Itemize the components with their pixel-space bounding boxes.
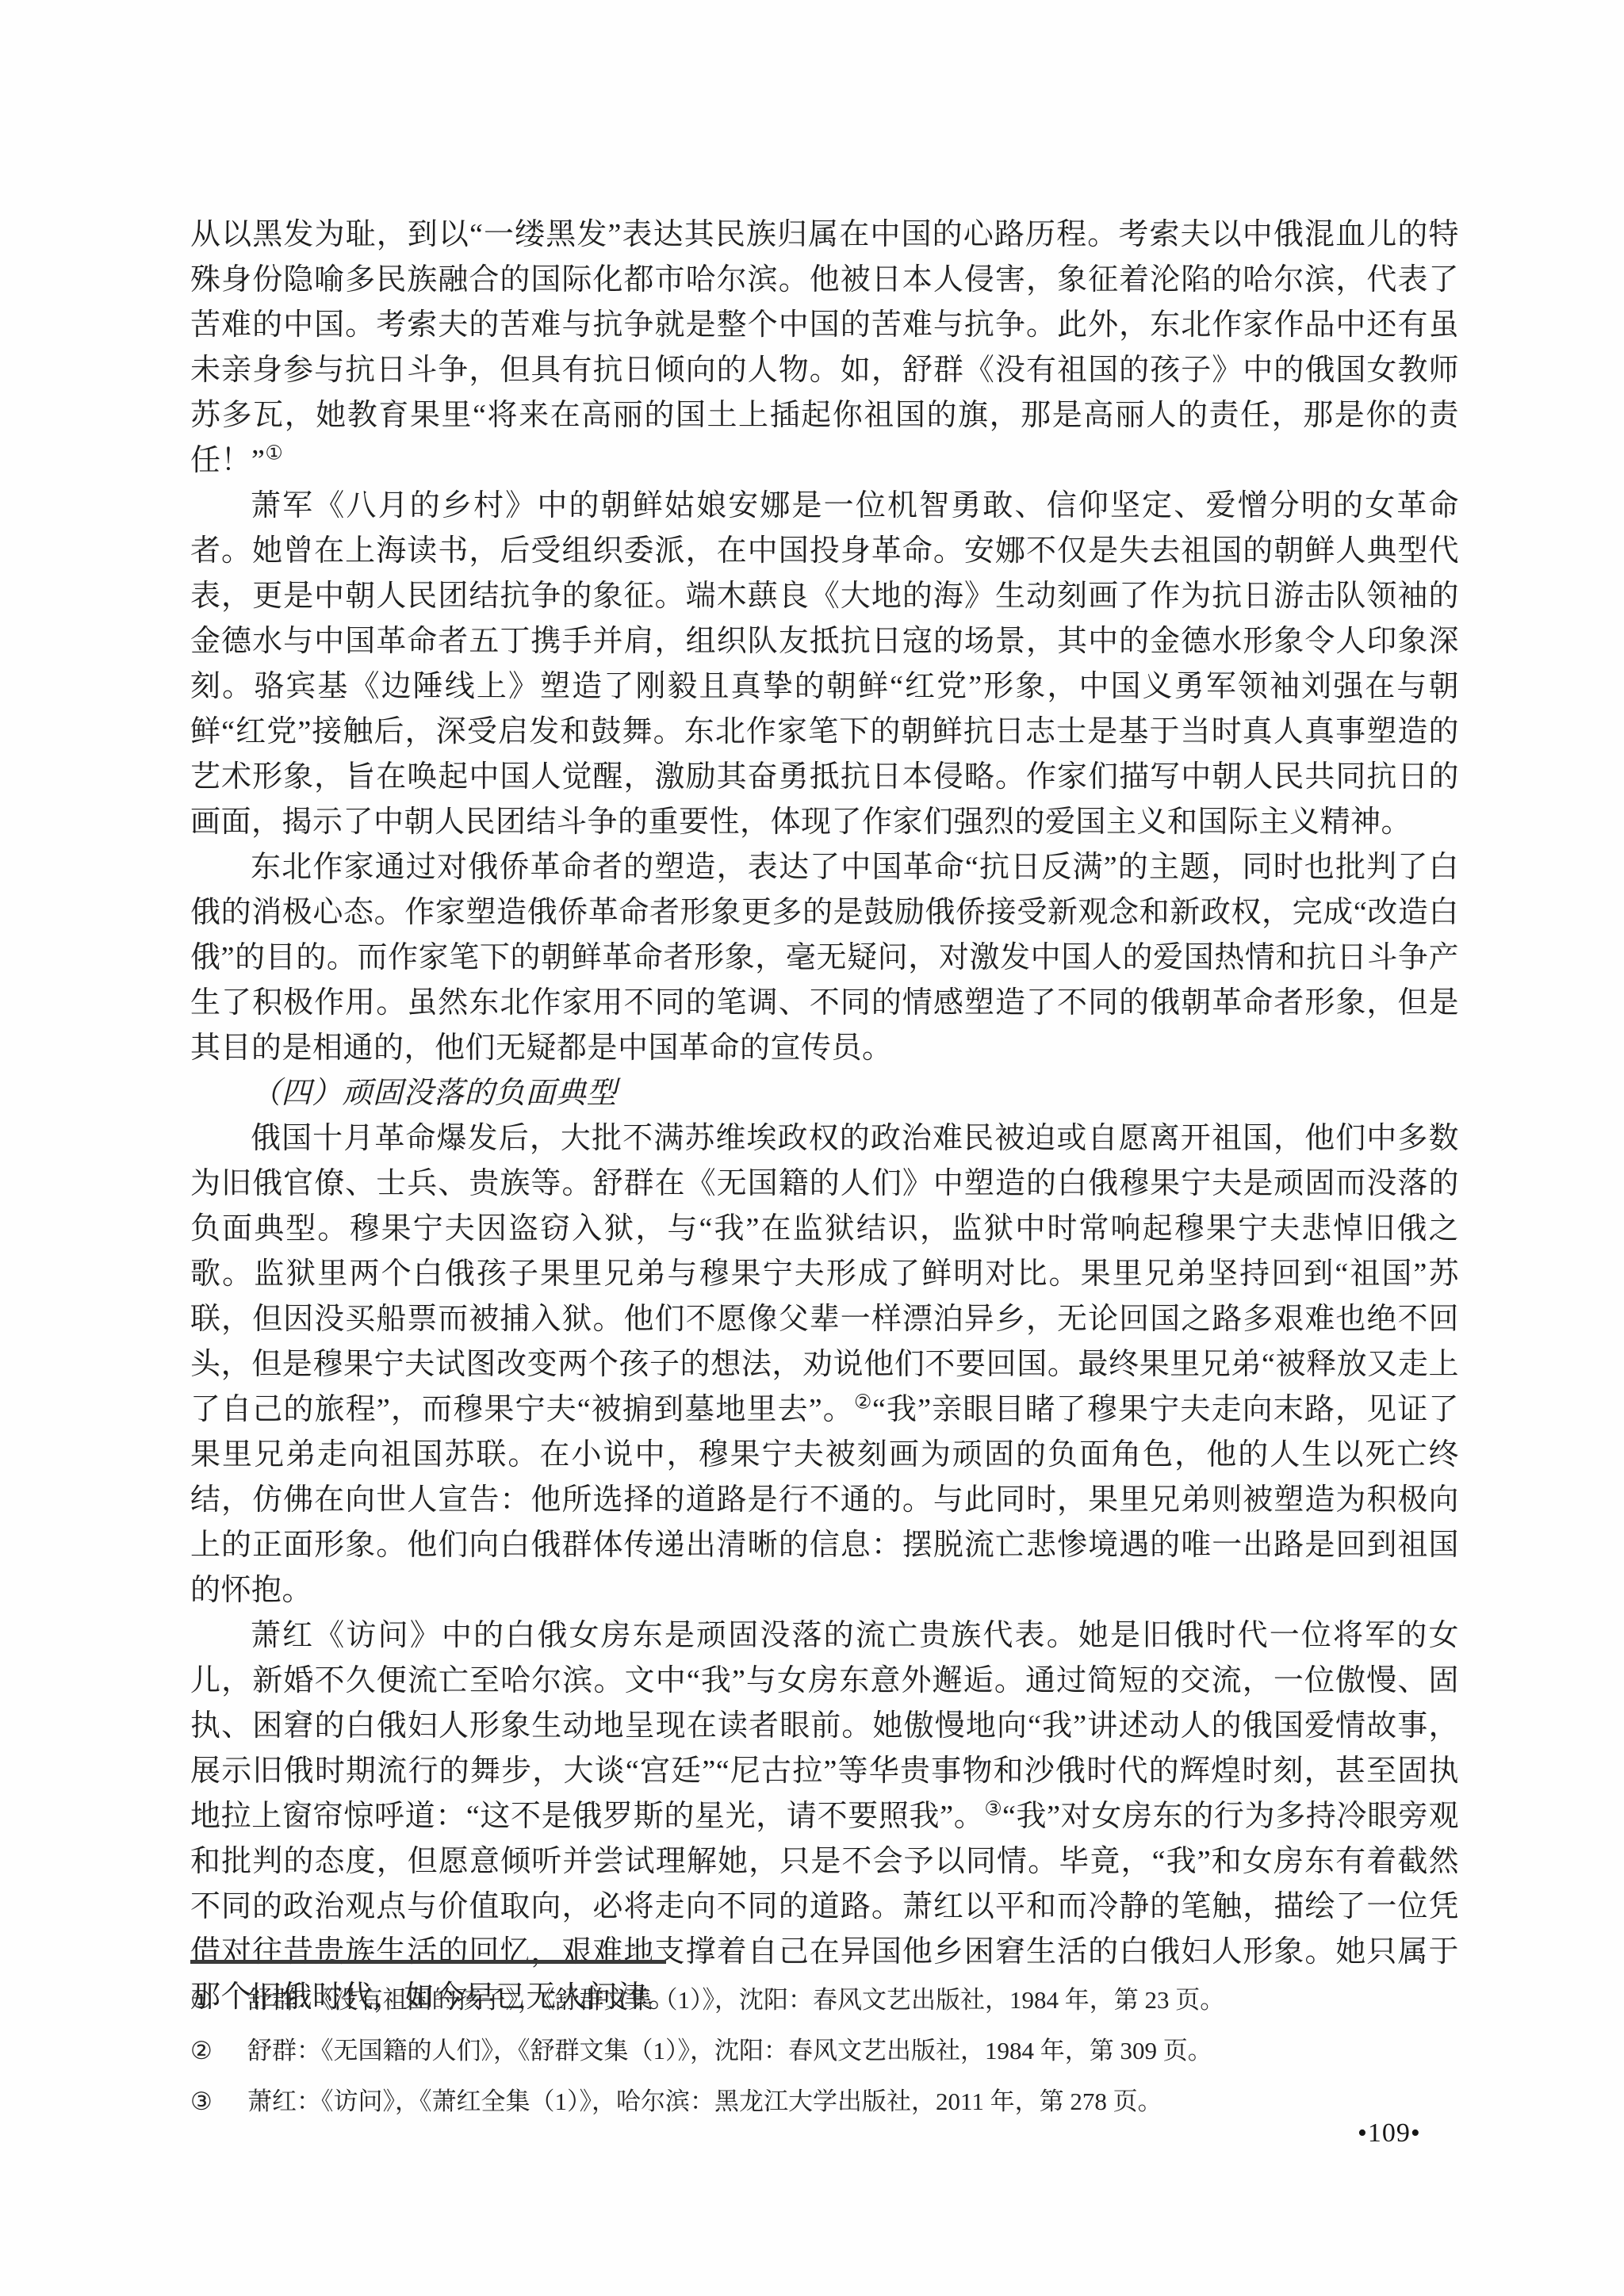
footnote-text: 舒群：《无国籍的人们》，《舒群文集（1）》，沈阳：春风文艺出版社，1984 年，…: [247, 2026, 1459, 2076]
page-number: •109•: [1358, 2118, 1421, 2149]
footnote-marker: ③: [190, 2076, 247, 2127]
paragraph-text: 从以黑发为耻，到以“一缕黑发”表达其民族归属在中国的心路历程。考索夫以中俄混血儿…: [190, 218, 1459, 477]
footnote-2: ② 舒群：《无国籍的人们》，《舒群文集（1）》，沈阳：春风文艺出版社，1984 …: [190, 2026, 1459, 2076]
footnote-marker: ①: [190, 1975, 247, 2026]
footnote-marker: ②: [190, 2026, 247, 2076]
footnote-text: 萧红：《访问》，《萧红全集（1）》，哈尔滨：黑龙江大学出版社，2011 年，第 …: [247, 2076, 1459, 2127]
paragraph-mukuoningfu: 俄国十月革命爆发后，大批不满苏维埃政权的政治难民被迫或自愿离开祖国，他们中多数为…: [190, 1116, 1459, 1613]
footnotes-section: ① 舒群：《没有祖国的孩子》，《舒群文集（1）》，沈阳：春风文艺出版社，1984…: [190, 1960, 1459, 2127]
footnote-separator: [190, 1960, 666, 1964]
paragraph-continuation: 从以黑发为耻，到以“一缕黑发”表达其民族归属在中国的心路历程。考索夫以中俄混血儿…: [190, 212, 1459, 484]
paragraph-summary-propagandists: 东北作家通过对俄侨革命者的塑造，表达了中国革命“抗日反满”的主题，同时也批判了白…: [190, 845, 1459, 1071]
body-text: 从以黑发为耻，到以“一缕黑发”表达其民族归属在中国的心路历程。考索夫以中俄混血儿…: [190, 212, 1459, 2020]
paragraph-text: 俄国十月革命爆发后，大批不满苏维埃政权的政治难民被迫或自愿离开祖国，他们中多数为…: [190, 1122, 1459, 1426]
section-heading-four: （四）顽固没落的负面典型: [190, 1071, 1459, 1116]
paragraph-text: 东北作家通过对俄侨革命者的塑造，表达了中国革命“抗日反满”的主题，同时也批判了白…: [190, 851, 1459, 1065]
document-page: 从以黑发为耻，到以“一缕黑发”表达其民族归属在中国的心路历程。考索夫以中俄混血儿…: [0, 0, 1624, 2296]
section-heading-text: （四）顽固没落的负面典型: [251, 1077, 617, 1110]
footnote-text: 舒群：《没有祖国的孩子》，《舒群文集（1）》，沈阳：春风文艺出版社，1984 年…: [247, 1975, 1459, 2026]
footnote-1: ① 舒群：《没有祖国的孩子》，《舒群文集（1）》，沈阳：春风文艺出版社，1984…: [190, 1975, 1459, 2026]
paragraph-korean-revolutionaries: 萧军《八月的乡村》中的朝鲜姑娘安娜是一位机智勇敢、信仰坚定、爱憎分明的女革命者。…: [190, 484, 1459, 845]
footnote-3: ③ 萧红：《访问》，《萧红全集（1）》，哈尔滨：黑龙江大学出版社，2011 年，…: [190, 2076, 1459, 2127]
footnote-ref-2: ②: [854, 1391, 872, 1413]
footnote-ref-3: ③: [984, 1798, 1002, 1820]
paragraph-text: 萧军《八月的乡村》中的朝鲜姑娘安娜是一位机智勇敢、信仰坚定、爱憎分明的女革命者。…: [190, 489, 1459, 839]
footnote-ref-1: ①: [265, 442, 282, 464]
